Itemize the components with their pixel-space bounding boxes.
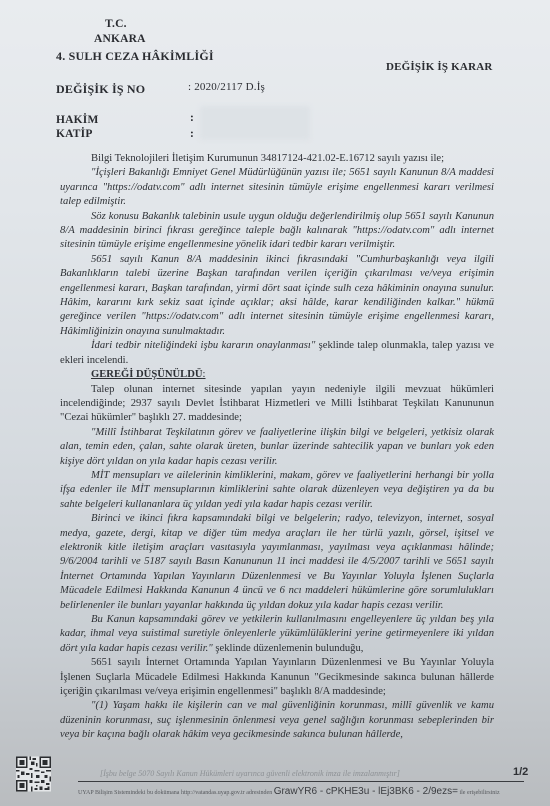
case-number-label: DEĞİŞİK İŞ NO <box>56 82 145 97</box>
uyap-verification-line: UYAP Bilişim Sistemindeki bu dokümana ht… <box>78 786 500 797</box>
paragraph-request: "İçişleri Bakanlığı Emniyet Genel Müdürl… <box>60 166 494 209</box>
paragraph-intro: Bilgi Teknolojileri İletişim Kurumunun 3… <box>60 152 494 166</box>
document-body: Bilgi Teknolojileri İletişim Kurumunun 3… <box>60 152 494 743</box>
paragraph-mit-3: Birinci ve ikinci fıkra kapsamındaki bil… <box>60 512 494 613</box>
e-signature-note: [İşbu belge 5070 Sayılı Kanun Hükümleri … <box>100 769 430 778</box>
section-heading: GEREĞİ DÜŞÜNÜLDÜ: <box>60 368 494 382</box>
paragraph-8a-text: "(1) Yaşam hakkı ile kişilerin can ve ma… <box>60 699 494 742</box>
paragraph-mit-1: "Millî İstihbarat Teşkilatının görev ve … <box>60 426 494 469</box>
paragraph-5651: 5651 sayılı İnternet Ortamında Yapılan Y… <box>60 656 494 699</box>
page-number: 1/2 <box>513 766 528 778</box>
city-label: ANKARA <box>94 33 146 45</box>
redacted-names <box>200 106 310 140</box>
paragraph-mit-4: Bu Kanun kapsamındaki görev ve yetkileri… <box>60 613 494 656</box>
paragraph-review: Talep olunan internet sitesinde yapılan … <box>60 383 494 426</box>
paragraph-approval: İdari tedbir niteliğindeki işbu kararın … <box>60 339 494 368</box>
paragraph-law-8a: 5651 sayılı Kanun 8/A maddesinin ikinci … <box>60 253 494 339</box>
document-page: T.C. ANKARA 4. SULH CEZA HÂKİMLİĞİ DEĞİŞ… <box>0 0 550 806</box>
country-label: T.C. <box>105 18 127 30</box>
case-number-value: : 2020/2117 D.İş <box>188 81 265 93</box>
judge-label: HAKİM <box>56 114 99 126</box>
footer-divider <box>78 781 524 782</box>
qr-code-icon <box>16 755 51 793</box>
judge-colon: : <box>190 112 194 124</box>
paragraph-decision: Söz konusu Bakanlık talebinin usule uygu… <box>60 210 494 253</box>
paragraph-mit-2: MİT mensupları ve ailelerinin kimlikleri… <box>60 469 494 512</box>
verification-code: GrawYR6 - cPKHE3u - lEj3BK6 - 2/9ezs= <box>274 786 458 797</box>
clerk-label: KATİP <box>56 128 93 140</box>
clerk-colon: : <box>190 128 194 140</box>
document-type: DEĞİŞİK İŞ KARAR <box>386 61 493 73</box>
court-name: 4. SULH CEZA HÂKİMLİĞİ <box>56 49 214 64</box>
